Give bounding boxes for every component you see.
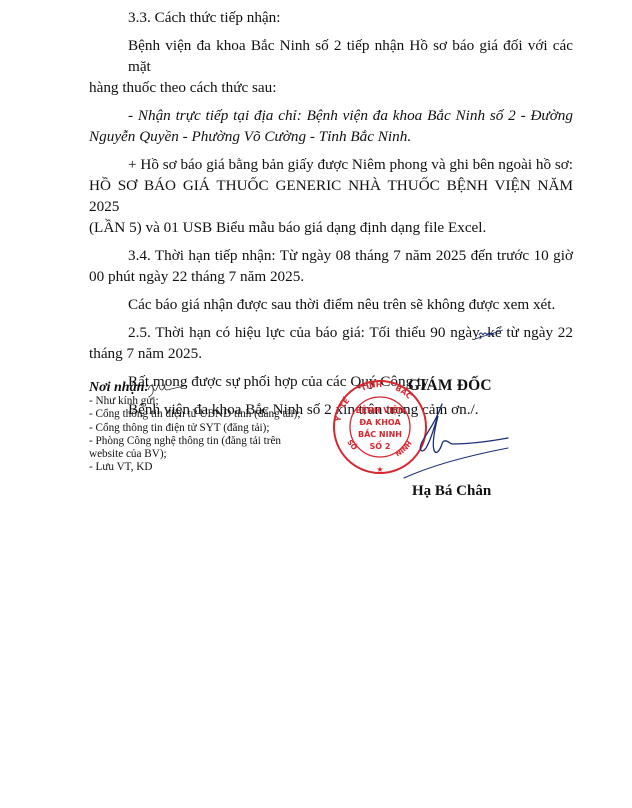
receive-direct-paragraph: - Nhận trực tiếp tại địa chỉ: Bệnh viện … bbox=[89, 105, 573, 147]
recipient-item: - Như kính gửi; bbox=[89, 395, 339, 408]
paragraph-line: Các báo giá nhận được sau thời điểm nêu … bbox=[89, 294, 573, 315]
late-note-paragraph: Các báo giá nhận được sau thời điểm nêu … bbox=[89, 294, 573, 315]
paragraph-line: Bệnh viện đa khoa Bắc Ninh số 2 tiếp nhậ… bbox=[89, 35, 573, 77]
svg-text:SỐ 2: SỐ 2 bbox=[370, 439, 391, 451]
paragraph-line: - Nhận trực tiếp tại địa chỉ: Bệnh viện … bbox=[89, 105, 573, 126]
section-3-4-paragraph: 3.4. Thời hạn tiếp nhận: Từ ngày 08 thán… bbox=[89, 245, 573, 287]
paragraph-line: hàng thuốc theo cách thức sau: bbox=[89, 77, 573, 98]
paragraph-line: 3.4. Thời hạn tiếp nhận: Từ ngày 08 thán… bbox=[89, 245, 573, 266]
document-body: 3.3. Cách thức tiếp nhận: Bệnh viện đa k… bbox=[89, 7, 573, 427]
signatory-name: Hạ Bá Chân bbox=[412, 483, 491, 500]
handwritten-initials-icon bbox=[146, 380, 186, 398]
document-page: 3.3. Cách thức tiếp nhận: Bệnh viện đa k… bbox=[0, 0, 632, 808]
paragraph-line: tháng 7 năm 2025. bbox=[89, 343, 573, 364]
signature-icon bbox=[396, 398, 512, 484]
recipients-title: Nơi nhận: bbox=[89, 380, 149, 395]
receive-paper-paragraph: + Hồ sơ báo giá bằng bản giấy được Niêm … bbox=[89, 154, 573, 238]
paragraph-line: 00 phút ngày 22 tháng 7 năm 2025. bbox=[89, 266, 573, 287]
receive-intro-paragraph: Bệnh viện đa khoa Bắc Ninh số 2 tiếp nhậ… bbox=[89, 35, 573, 98]
recipient-item: website của BV); bbox=[89, 448, 339, 461]
svg-text:★: ★ bbox=[376, 465, 383, 474]
signatory-title: GIÁM ĐỐC bbox=[408, 377, 492, 395]
recipient-item: - Cổng thông tin điện tử SYT (đăng tải); bbox=[89, 422, 339, 435]
initials-mark-icon bbox=[473, 327, 505, 341]
recipient-item: - Cổng thông tin điện tử UBND tỉnh (đăng… bbox=[89, 408, 339, 421]
recipient-item: - Lưu VT, KD bbox=[89, 461, 339, 474]
recipients-block: Nơi nhận: - Như kính gửi; - Cổng thông t… bbox=[89, 380, 339, 474]
paragraph-line: Nguyễn Quyền - Phường Võ Cường - Tỉnh Bắ… bbox=[89, 126, 573, 147]
section-3-3-text: 3.3. Cách thức tiếp nhận: bbox=[89, 7, 573, 28]
recipient-item: - Phòng Công nghệ thông tin (đăng tải tr… bbox=[89, 435, 339, 448]
section-3-3-heading: 3.3. Cách thức tiếp nhận: bbox=[89, 7, 573, 28]
paragraph-line: + Hồ sơ báo giá bằng bản giấy được Niêm … bbox=[89, 154, 573, 175]
paragraph-line: HỒ SƠ BÁO GIÁ THUỐC GENERIC NHÀ THUỐC BỆ… bbox=[89, 175, 573, 217]
paragraph-line: (LẦN 5) và 01 USB Biểu mẫu báo giá dạng … bbox=[89, 217, 573, 238]
